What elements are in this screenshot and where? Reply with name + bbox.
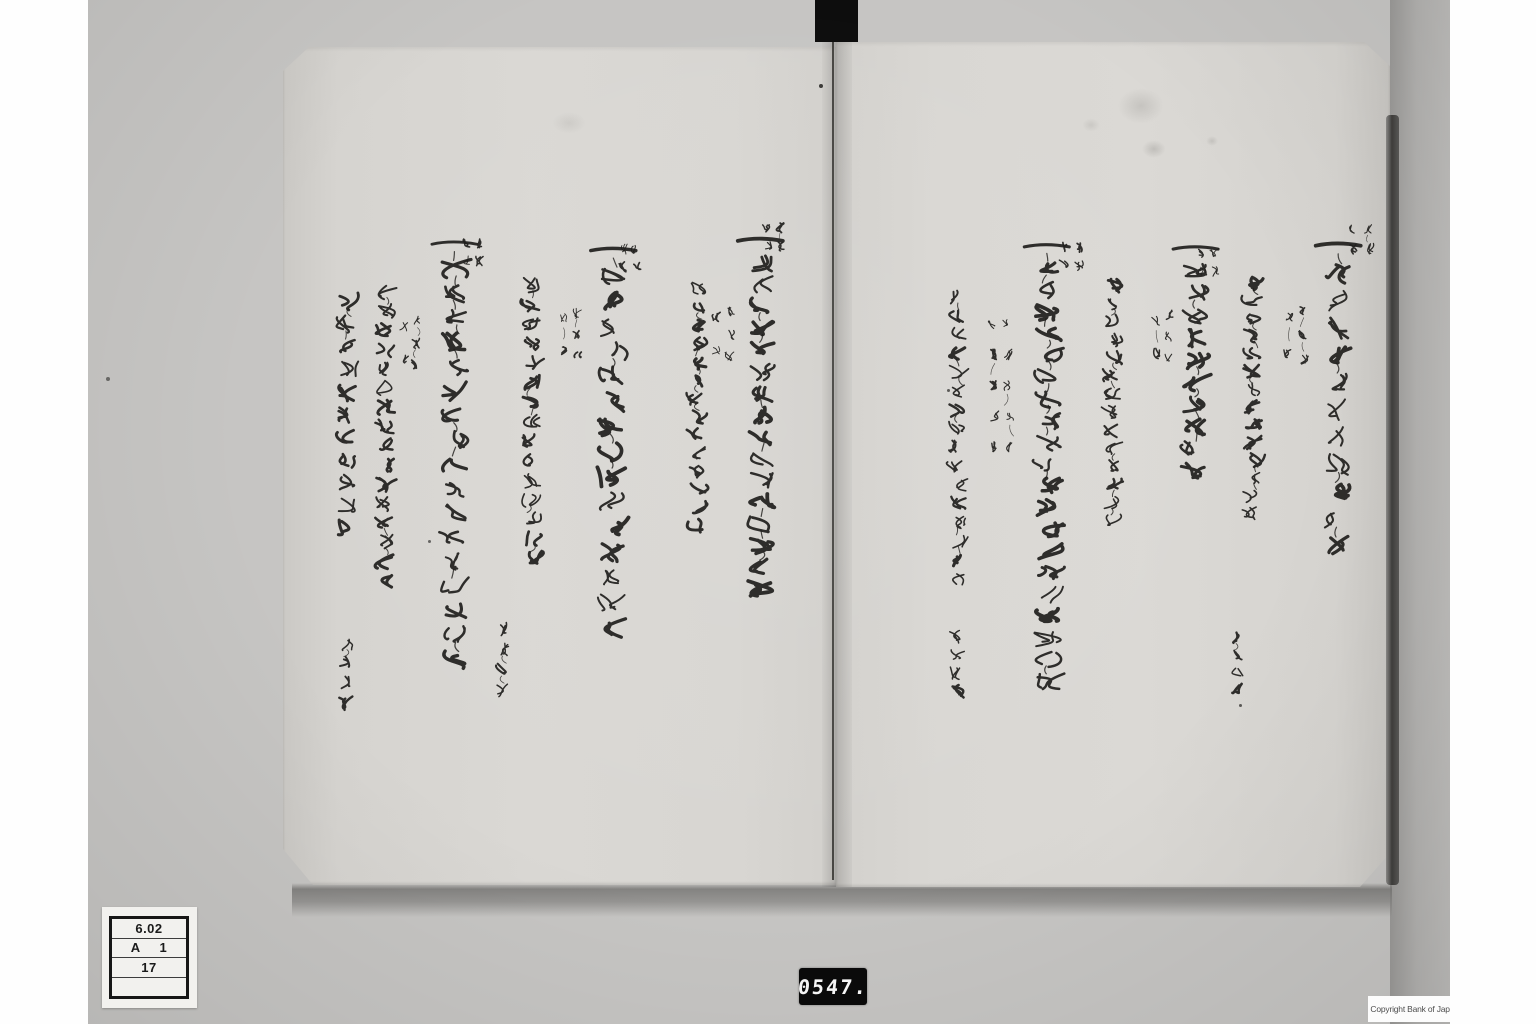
- archive-label-series: A: [131, 940, 141, 955]
- archive-label-frame: 6.02 A 1 17: [109, 916, 189, 999]
- archive-label-row-1: 6.02: [112, 919, 186, 939]
- archive-label-row-2: A 1: [112, 939, 186, 959]
- scan-margin-right: [1450, 0, 1536, 1024]
- archive-label-row-3: 17: [112, 958, 186, 978]
- frame-counter: 0547.: [799, 968, 867, 1005]
- photo-vignette: [88, 0, 1450, 1024]
- archive-label-row-4: [112, 978, 186, 997]
- archive-label: 6.02 A 1 17: [102, 907, 197, 1008]
- scan-margin-left: [0, 0, 88, 1024]
- frame-counter-digits: 0547.: [797, 977, 869, 997]
- scan-frame: 惣吹立高一武蔵判拾三万三千五百両内引替済高残壱万六千七百七拾九両余弐分世上有高惣…: [0, 0, 1536, 1024]
- archive-label-class: 6.02: [135, 921, 162, 936]
- archive-label-item-no: 17: [141, 960, 156, 975]
- archive-label-series-no: 1: [159, 940, 167, 955]
